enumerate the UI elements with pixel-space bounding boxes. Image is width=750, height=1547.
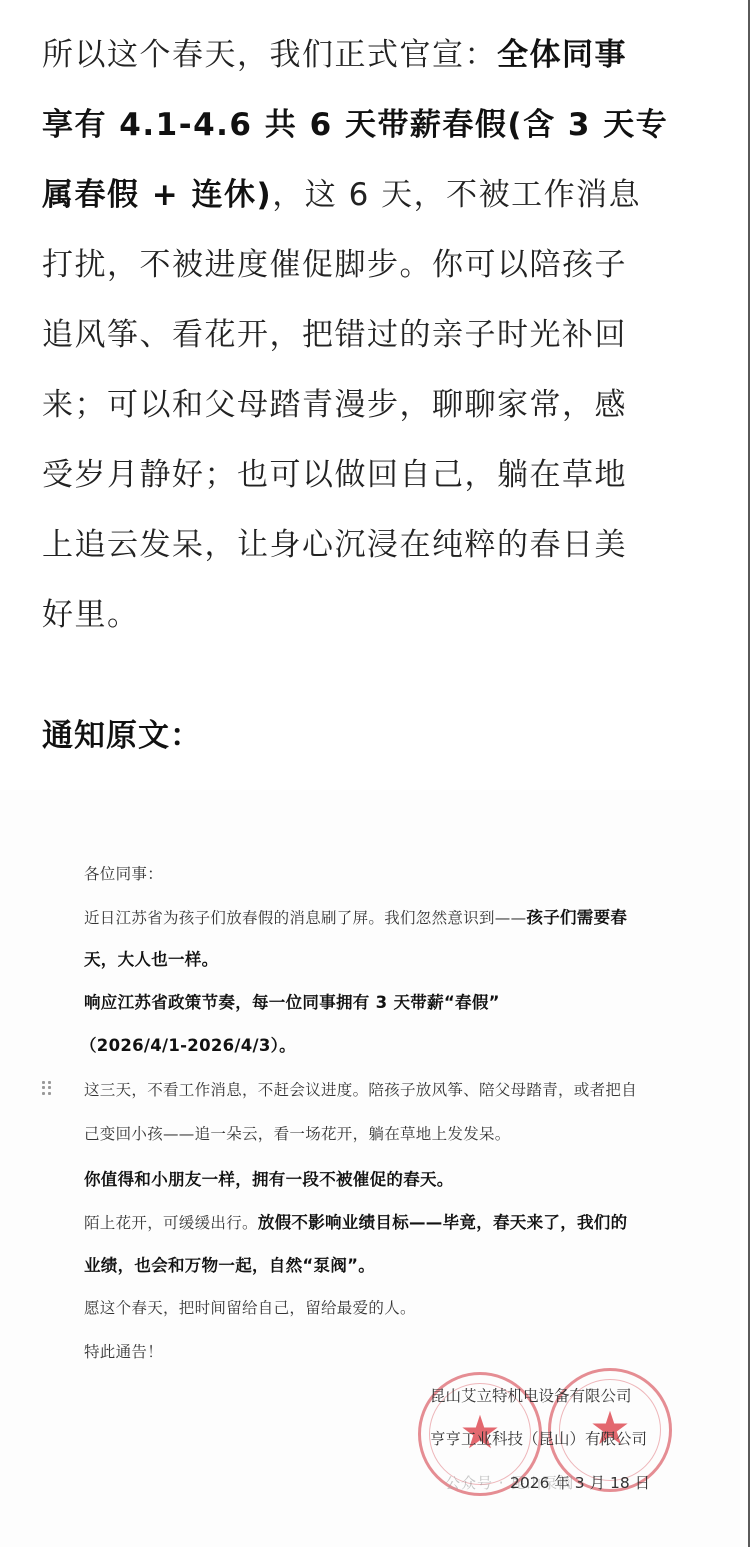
intro-bold-text: 享有 4.1-4.6 共 6 天带薪春假(含 3 天专	[42, 107, 668, 143]
intro-line-2: 享有 4.1-4.6 共 6 天带薪春假(含 3 天专	[42, 90, 714, 160]
notice-paragraph-5-line-2: 业绩，也会和万物一起，自然“泵阀”。	[84, 1252, 375, 1276]
notice-paragraph-3-line-2: 己变回小孩——追一朵云，看一场花开，躺在草地上发发呆。	[84, 1122, 511, 1144]
notice-paragraph-1-line-1: 近日江苏省为孩子们放春假的消息刷了屏。我们忽然意识到——孩子们需要春	[84, 904, 627, 928]
notice-text: 近日江苏省为孩子们放春假的消息刷了屏。我们忽然意识到——	[84, 909, 526, 927]
intro-text: ，这 6 天，不被工作消息	[272, 177, 641, 213]
notice-paragraph-5-line-1: 陌上花开，可缓缓出行。放假不影响业绩目标——毕竟，春天来了，我们的	[84, 1209, 627, 1233]
intro-line-1: 所以这个春天，我们正式官宣：全体同事	[42, 20, 714, 90]
signature-company-1: 昆山艾立特机电设备有限公司	[430, 1384, 632, 1406]
notice-text: 陌上花开，可缓缓出行。	[84, 1214, 258, 1232]
notice-paragraph-4: 你值得和小朋友一样，拥有一段不被催促的春天。	[84, 1166, 454, 1190]
intro-line-3: 属春假 + 连休)，这 6 天，不被工作消息	[42, 160, 714, 230]
drag-handle-icon[interactable]	[42, 1081, 52, 1095]
intro-bold-text: 属春假 + 连休)	[42, 177, 272, 213]
intro-line-7: 受岁月静好；也可以做回自己，躺在草地	[42, 440, 714, 510]
intro-text: 所以这个春天，我们正式官宣：	[42, 37, 497, 73]
notice-paragraph-6: 愿这个春天，把时间留给自己，留给最爱的人。	[84, 1296, 416, 1318]
intro-line-8: 上追云发呆，让身心沉浸在纯粹的春日美	[42, 510, 714, 580]
intro-line-9: 好里。	[42, 580, 714, 650]
notice-bold-text: 孩子们需要春	[526, 908, 627, 927]
intro-text: 受岁月静好；也可以做回自己，躺在草地	[42, 457, 627, 493]
signature-company-2: 亨亨工业科技（昆山）有限公司	[430, 1427, 647, 1449]
intro-line-5: 追风筝、看花开，把错过的亲子时光补回	[42, 300, 714, 370]
notice-date: 2026 年 3 月 18 日	[510, 1471, 650, 1493]
notice-paragraph-2-line-2: （2026/4/1-2026/4/3）。	[80, 1032, 296, 1056]
intro-line-6: 来；可以和父母踏青漫步，聊聊家常，感	[42, 370, 714, 440]
notice-paragraph-2-line-1: 响应江苏省政策节奏，每一位同事拥有 3 天带薪“春假”	[84, 989, 500, 1013]
intro-paragraph: 所以这个春天，我们正式官宣：全体同事 享有 4.1-4.6 共 6 天带薪春假(…	[42, 20, 714, 650]
notice-paragraph-3-line-1: 这三天，不看工作消息，不赶会议进度。陪孩子放风筝、陪父母踏青，或者把自	[84, 1078, 637, 1100]
notice-bold-text: 放假不影响业绩目标——毕竟，春天来了，我们的	[258, 1213, 628, 1232]
intro-line-4: 打扰，不被进度催促脚步。你可以陪孩子	[42, 230, 714, 300]
intro-text: 来；可以和父母踏青漫步，聊聊家常，感	[42, 387, 627, 423]
section-heading: 通知原文：	[42, 710, 202, 755]
intro-text: 追风筝、看花开，把错过的亲子时光补回	[42, 317, 627, 353]
intro-text: 上追云发呆，让身心沉浸在纯粹的春日美	[42, 527, 627, 563]
notice-greeting: 各位同事：	[84, 862, 163, 884]
notice-closing: 特此通告！	[84, 1340, 163, 1362]
notice-paragraph-1-line-2: 天，大人也一样。	[84, 946, 218, 970]
intro-text: 好里。	[42, 597, 140, 633]
intro-text: 打扰，不被进度催促脚步。你可以陪孩子	[42, 247, 627, 283]
intro-bold-text: 全体同事	[497, 37, 627, 73]
